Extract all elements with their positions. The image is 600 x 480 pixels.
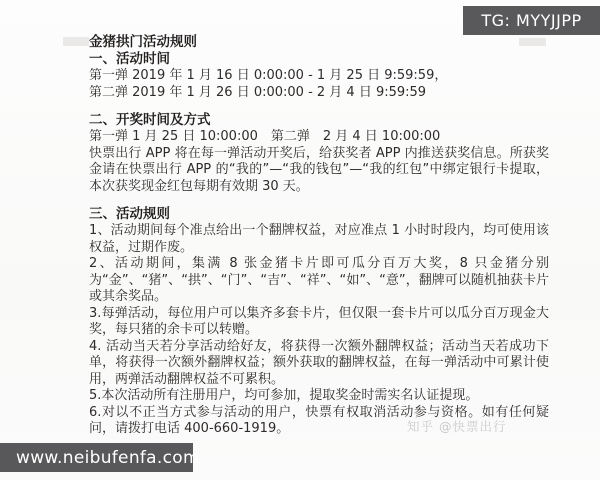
document-title: 金猪拱门活动规则 xyxy=(89,33,549,51)
rule-line: 第一弹 1 月 25 日 10:00:00 第二弹 2 月 4 日 10:00:… xyxy=(89,129,549,146)
section-activity-rules: 三、活动规则 1、活动期间每个准点给出一个翻牌权益，对应准点 1 小时时段内，均… xyxy=(89,206,549,438)
rule-paragraph: 3.每弹活动，每位用户可以集齐多套卡片，但仅限一套卡片可以瓜分百万现金大奖，每只… xyxy=(89,306,549,339)
footer-url-text: www.neibufenfa.com xyxy=(16,448,200,468)
rule-paragraph: 5.本次活动所有注册用户，均可参加，提取奖金时需实名认证提现。 xyxy=(89,388,549,405)
section-heading: 三、活动规则 xyxy=(89,206,549,223)
rule-paragraph: 快票出行 APP 将在每一弹活动开奖后，给获奖者 APP 内推送获奖信息。所获奖… xyxy=(89,146,549,196)
rule-line: 第一弹 2019 年 1 月 16 日 0:00:00 - 1 月 25 日 9… xyxy=(89,68,549,85)
zhihu-watermark: 知乎 @快票出行 xyxy=(407,417,506,435)
document-content: 金猪拱门活动规则 一、活动时间 第一弹 2019 年 1 月 16 日 0:00… xyxy=(89,33,549,438)
rules-document-page: TG: MYYJJPP 金猪拱门活动规则 一、活动时间 第一弹 2019 年 1… xyxy=(0,0,600,480)
footer-url-bar: www.neibufenfa.com xyxy=(0,443,193,472)
section-activity-time: 一、活动时间 第一弹 2019 年 1 月 16 日 0:00:00 - 1 月… xyxy=(89,51,549,101)
section-heading: 二、开奖时间及方式 xyxy=(89,112,549,129)
rule-line: 第二弹 2019 年 1 月 26 日 0:00:00 - 2 月 4 日 9:… xyxy=(89,85,549,102)
section-draw-time: 二、开奖时间及方式 第一弹 1 月 25 日 10:00:00 第二弹 2 月 … xyxy=(89,112,549,195)
section-heading: 一、活动时间 xyxy=(89,51,549,68)
rule-paragraph: 4. 活动当天若分享活动给好友，将获得一次额外翻牌权益；活动当天若成功下单，将获… xyxy=(89,339,549,389)
rule-paragraph: 2、活动期间，集满 8 张金猪卡片即可瓜分百万大奖，8 只金猪分别为“金”、“猪… xyxy=(89,256,549,306)
telegram-contact-badge: TG: MYYJJPP xyxy=(463,6,600,35)
scan-artifact-left xyxy=(63,37,89,46)
rule-paragraph: 1、活动期间每个准点给出一个翻牌权益，对应准点 1 小时时段内，均可使用该权益，… xyxy=(89,223,549,256)
